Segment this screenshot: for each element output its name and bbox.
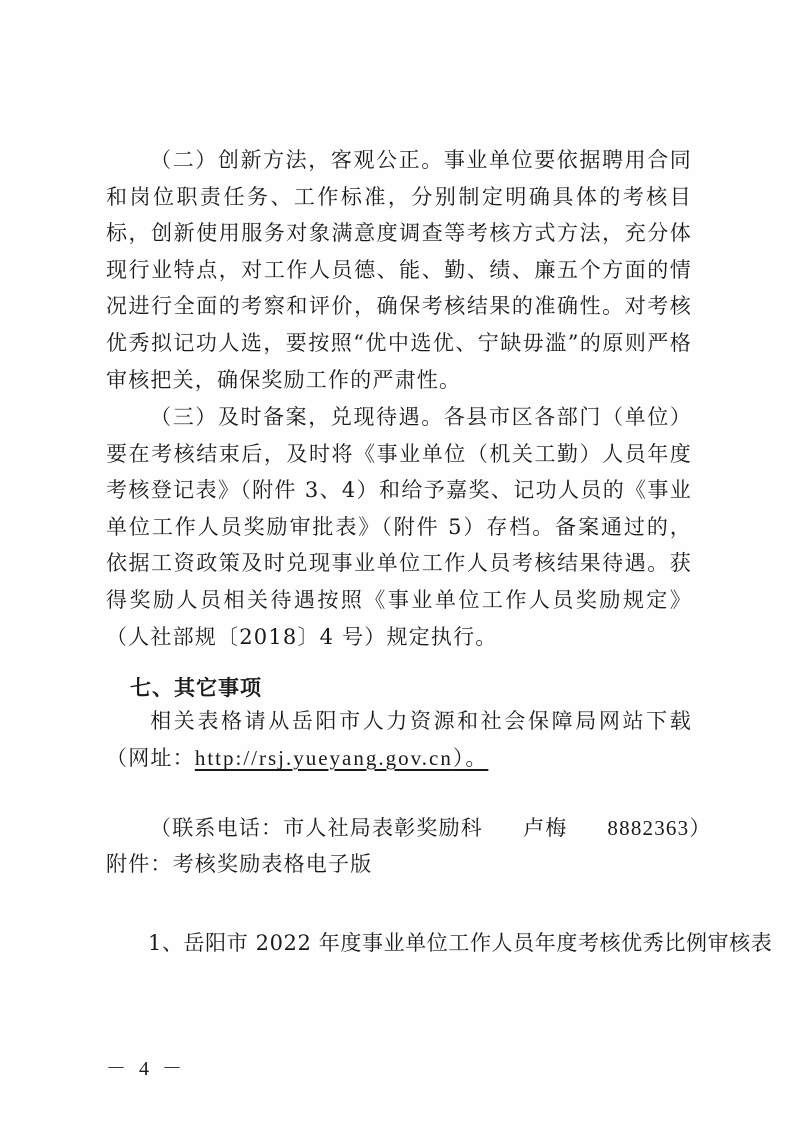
contact-department: 市人社局表彰奖励科 [283, 816, 483, 840]
document-page: （二）创新方法，客观公正。事业单位要依据聘用合同和岗位职责任务、工作标准，分别制… [0, 0, 793, 1121]
other-matters-paragraph: 相关表格请从岳阳市人力资源和社会保障局网站下载（网址：http://rsj.yu… [106, 703, 692, 777]
other-matters-text: 相关表格请从岳阳市人力资源和社会保障局网站下载（网址：http://rsj.yu… [106, 703, 692, 777]
website-link[interactable]: http://rsj.yueyang.gov.cn [195, 746, 453, 770]
url-closing: ）。 [453, 746, 489, 770]
section-three-paragraph: （三）及时备案，兑现待遇。各县市区各部门（单位）要在考核结束后，及时将《事业单位… [106, 399, 692, 655]
contact-person: 卢梅 [523, 816, 567, 840]
contact-phone: 8882363 [607, 816, 689, 840]
section-two-text: （二）创新方法，客观公正。事业单位要依据聘用合同和岗位职责任务、工作标准，分别制… [106, 142, 692, 398]
contact-label: （联系电话： [150, 816, 283, 840]
section-heading-other-matters: 七、其它事项 [130, 670, 262, 706]
attachment-label: 附件：考核奖励表格电子版 [106, 848, 372, 878]
section-two-paragraph: （二）创新方法，客观公正。事业单位要依据聘用合同和岗位职责任务、工作标准，分别制… [106, 142, 692, 398]
contact-close: ） [689, 816, 711, 840]
page-number: － 4 － [106, 1052, 186, 1081]
attachment-item: 1、岳阳市 2022 年度事业单位工作人员年度考核优秀比例审核表 [148, 927, 772, 957]
section-three-text: （三）及时备案，兑现待遇。各县市区各部门（单位）要在考核结束后，及时将《事业单位… [106, 399, 692, 655]
contact-info: （联系电话：市人社局表彰奖励科卢梅8882363） [150, 812, 712, 842]
